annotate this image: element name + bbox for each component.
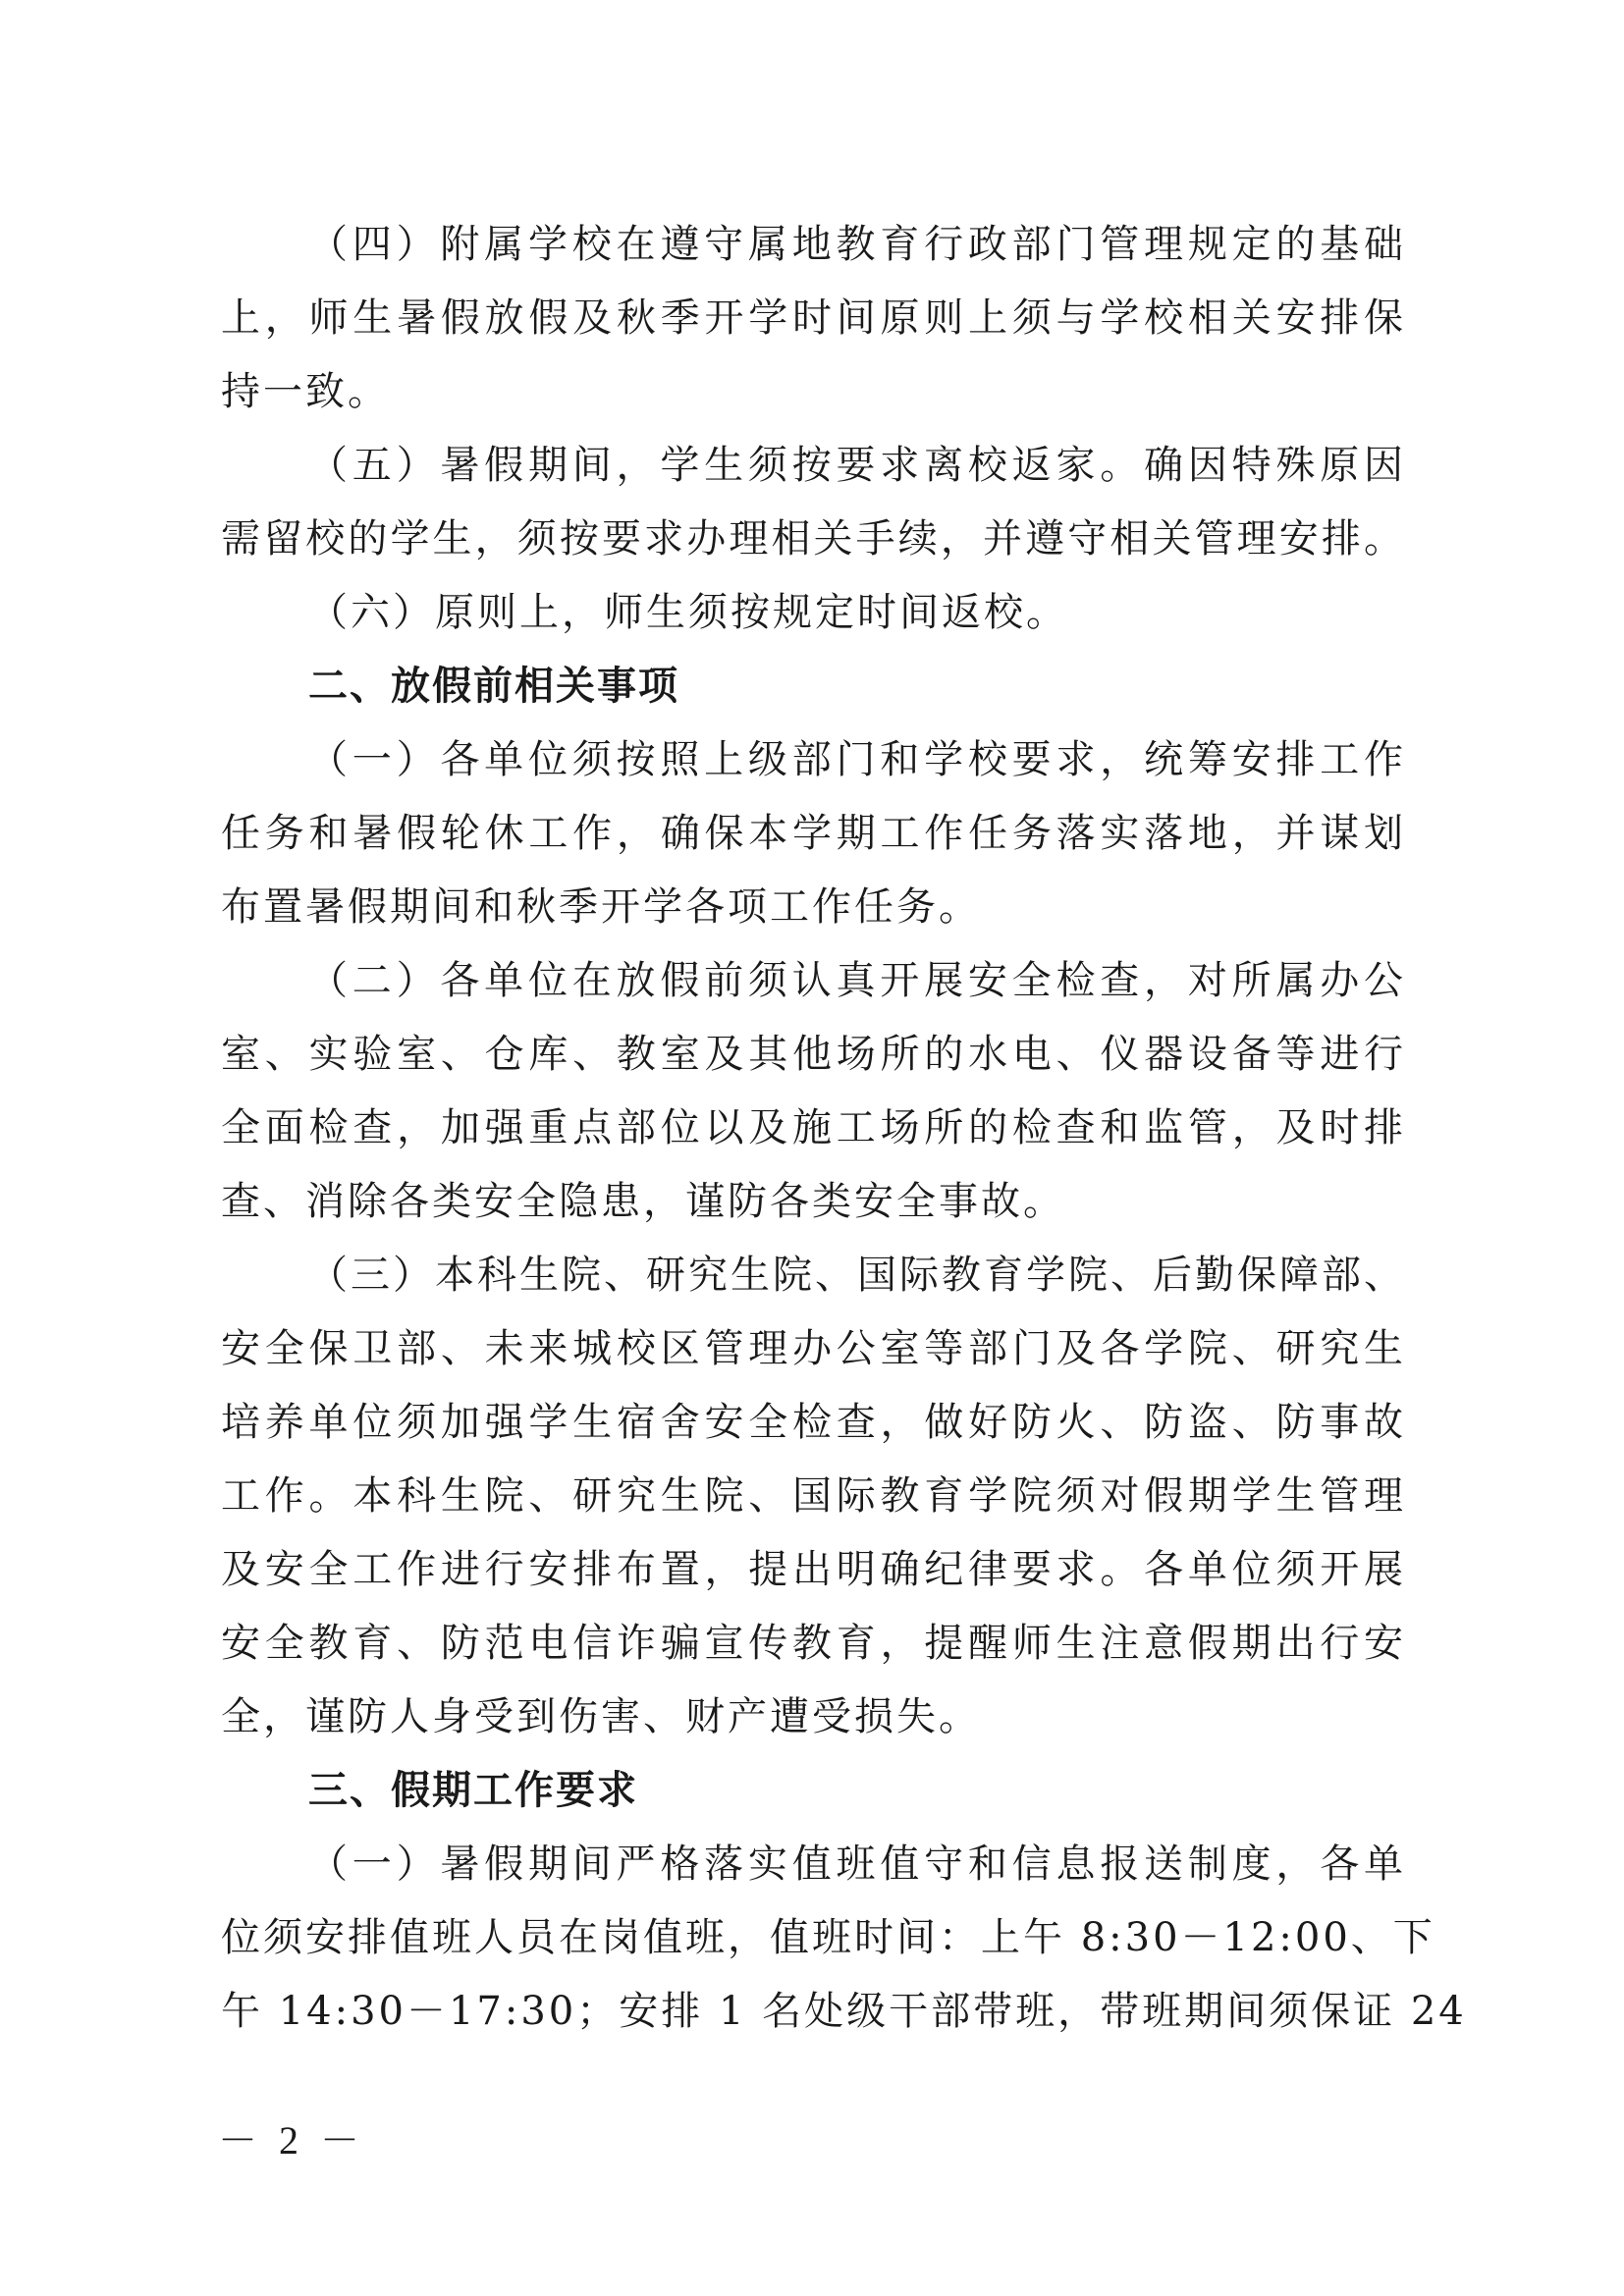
text-line: 持一致。 (221, 362, 1406, 421)
text-line: 安全教育、防范电信诈骗宣传教育，提醒师生注意假期出行安 (221, 1614, 1406, 1673)
text-line: 需留校的学生，须按要求办理相关手续，并遵守相关管理安排。 (221, 509, 1406, 568)
text-line: 午 14:30－17:30；安排 1 名处级干部带班，带班期间须保证 24 (221, 1982, 1406, 2041)
text-line: 查、消除各类安全隐患，谨防各类安全事故。 (221, 1172, 1406, 1231)
text-line: （二）各单位在放假前须认真开展安全检查，对所属办公 (308, 951, 1406, 1010)
text-line: 培养单位须加强学生宿舍安全检查，做好防火、防盗、防事故 (221, 1393, 1406, 1452)
document-page: （四）附属学校在遵守属地教育行政部门管理规定的基础上，师生暑假放假及秋季开学时间… (0, 0, 1624, 2296)
text-line: 全，谨防人身受到伤害、财产遭受损失。 (221, 1687, 1406, 1746)
text-line: 工作。本科生院、研究生院、国际教育学院须对假期学生管理 (221, 1467, 1406, 1525)
text-line: 及安全工作进行安排布置，提出明确纪律要求。各单位须开展 (221, 1540, 1406, 1599)
text-line: （五）暑假期间，学生须按要求离校返家。确因特殊原因 (308, 436, 1406, 495)
text-line: （四）附属学校在遵守属地教育行政部门管理规定的基础 (308, 215, 1406, 274)
text-line: 室、实验室、仓库、教室及其他场所的水电、仪器设备等进行 (221, 1025, 1406, 1084)
text-line: 任务和暑假轮休工作，确保本学期工作任务落实落地，并谋划 (221, 804, 1406, 863)
section-heading: 三、假期工作要求 (308, 1761, 1406, 1820)
text-line: 安全保卫部、未来城校区管理办公室等部门及各学院、研究生 (221, 1319, 1406, 1378)
text-line: （一）各单位须按照上级部门和学校要求，统筹安排工作 (308, 730, 1406, 789)
section-heading: 二、放假前相关事项 (308, 657, 1406, 716)
page-number: － 2 － (218, 2116, 365, 2165)
text-line: 全面检查，加强重点部位以及施工场所的检查和监管，及时排 (221, 1098, 1406, 1157)
text-line: （六）原则上，师生须按规定时间返校。 (308, 583, 1406, 642)
text-line: 上，师生暑假放假及秋季开学时间原则上须与学校相关安排保 (221, 289, 1406, 347)
text-line: （一）暑假期间严格落实值班值守和信息报送制度，各单 (308, 1835, 1406, 1894)
text-line: 布置暑假期间和秋季开学各项工作任务。 (221, 878, 1406, 936)
text-line: （三）本科生院、研究生院、国际教育学院、后勤保障部、 (308, 1246, 1406, 1305)
text-line: 位须安排值班人员在岗值班，值班时间：上午 8:30－12:00、下 (221, 1908, 1406, 1967)
